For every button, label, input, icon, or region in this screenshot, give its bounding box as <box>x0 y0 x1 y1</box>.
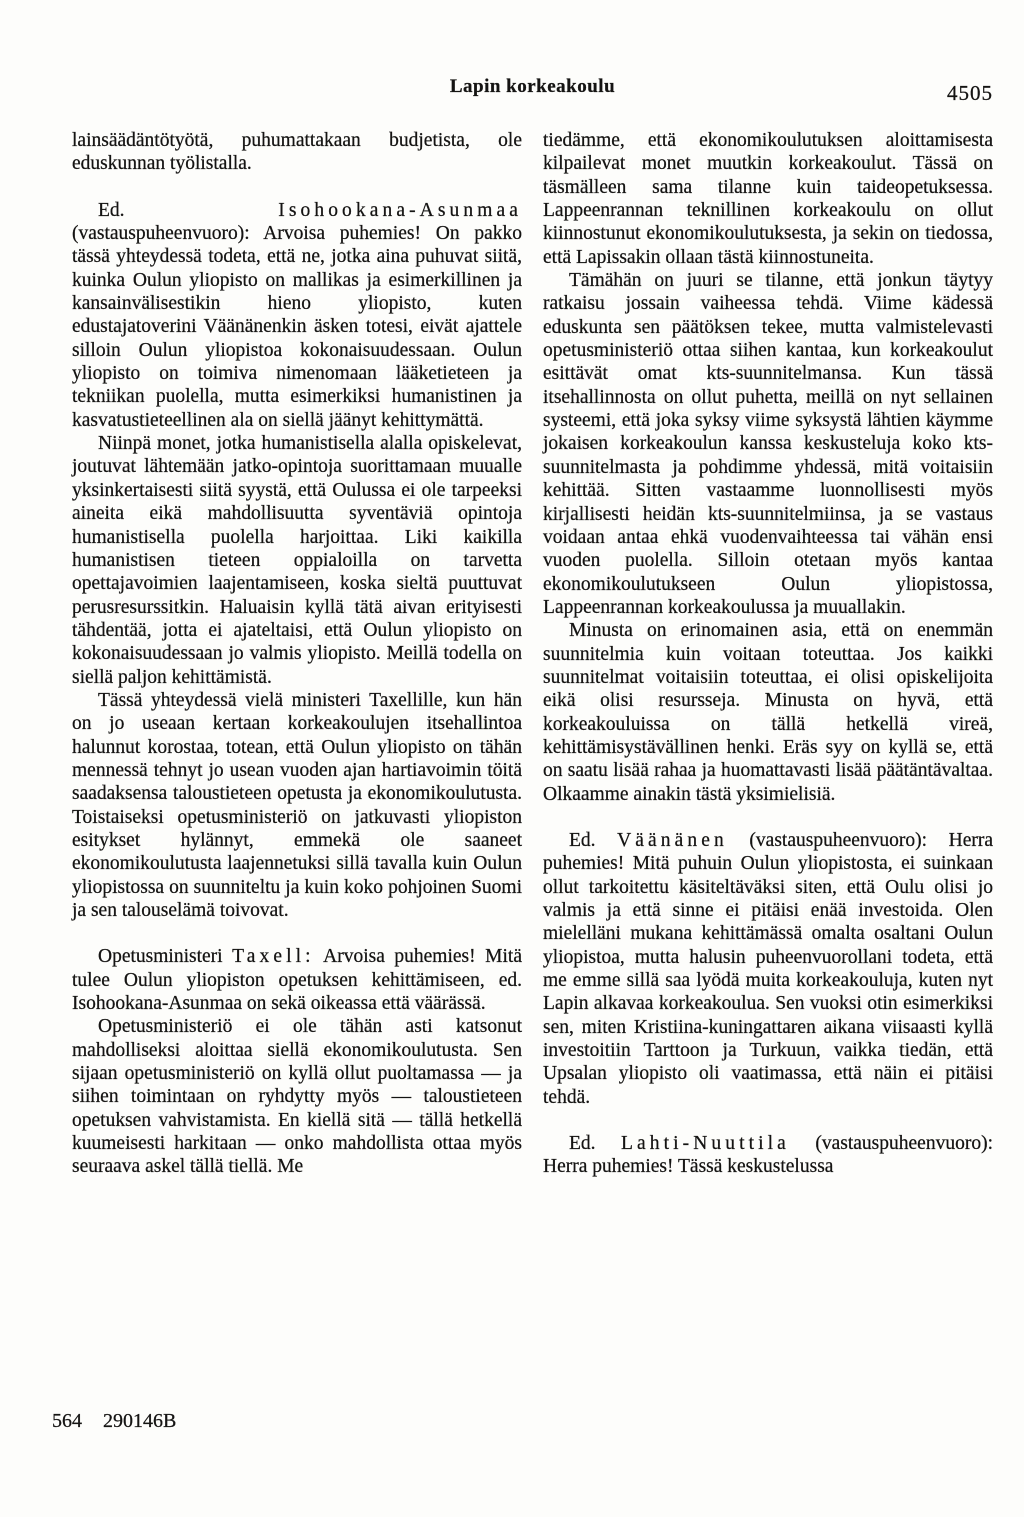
page-title: Lapin korkeakoulu <box>72 76 993 98</box>
text-run: Ed. <box>98 200 278 221</box>
paragraph: lainsäädäntötyötä, puhumattakaan budjeti… <box>72 129 522 176</box>
text-run: Tämähän on juuri se tilanne, että jonkun… <box>543 270 993 618</box>
text-run: Tässä yhteydessä vielä ministeri Taxelli… <box>72 690 522 921</box>
text-run: tiedämme, että ekonomikoulutuksen aloitt… <box>543 130 993 268</box>
text-run: lainsäädäntötyötä, puhumattakaan budjeti… <box>72 130 522 174</box>
paragraph: Ed. Isohookana-Asunmaa (vastauspuheenvuo… <box>72 199 522 432</box>
paragraph: Ed. Väänänen (vastauspuheenvuoro): Herra… <box>543 829 993 1109</box>
right-column: tiedämme, että ekonomikoulutuksen aloitt… <box>543 129 993 1179</box>
page-header: Lapin korkeakoulu 4505 <box>72 76 993 106</box>
speaker-name: Isohookana-Asunmaa <box>278 200 522 221</box>
document-page: Lapin korkeakoulu 4505 lainsäädäntötyötä… <box>0 0 1024 1517</box>
paragraph: Minusta on erinomainen asia, että on ene… <box>543 619 993 806</box>
left-column: lainsäädäntötyötä, puhumattakaan budjeti… <box>72 129 522 1179</box>
footer-print-code: 290146B <box>103 1410 176 1432</box>
text-columns: lainsäädäntötyötä, puhumattakaan budjeti… <box>72 129 993 1179</box>
text-run: Niinpä monet, jotka humanistisella alall… <box>72 433 522 687</box>
text-run: Ed. <box>569 1133 621 1154</box>
text-run: Opetusministeriö ei ole tähän asti katso… <box>72 1016 522 1177</box>
page-number: 4505 <box>947 81 993 106</box>
text-run: Minusta on erinomainen asia, että on ene… <box>543 620 993 804</box>
paragraph: Opetusministeriö ei ole tähän asti katso… <box>72 1015 522 1178</box>
paragraph: Tämähän on juuri se tilanne, että jonkun… <box>543 269 993 619</box>
page-footer: 564 290146B <box>52 1410 176 1433</box>
paragraph: Niinpä monet, jotka humanistisella alall… <box>72 432 522 689</box>
text-run: (vastauspuheenvuoro): Arvoisa puhemies! … <box>72 223 522 431</box>
speaker-name: Taxell: <box>232 946 315 967</box>
text-run: (vastauspuheenvuoro): Herra puhemies! Mi… <box>543 830 993 1108</box>
speaker-name: Lahti-Nuuttila <box>621 1133 790 1154</box>
text-run: Ed. <box>569 830 617 851</box>
footer-signature: 564 <box>52 1410 82 1432</box>
paragraph: Ed. Lahti-Nuuttila (vastauspuheenvuoro):… <box>543 1132 993 1179</box>
paragraph: Tässä yhteydessä vielä ministeri Taxelli… <box>72 689 522 922</box>
paragraph: Opetusministeri Taxell: Arvoisa puhemies… <box>72 945 522 1015</box>
text-run: Opetusministeri <box>98 946 232 967</box>
speaker-name: Väänänen <box>617 830 728 851</box>
paragraph: tiedämme, että ekonomikoulutuksen aloitt… <box>543 129 993 269</box>
